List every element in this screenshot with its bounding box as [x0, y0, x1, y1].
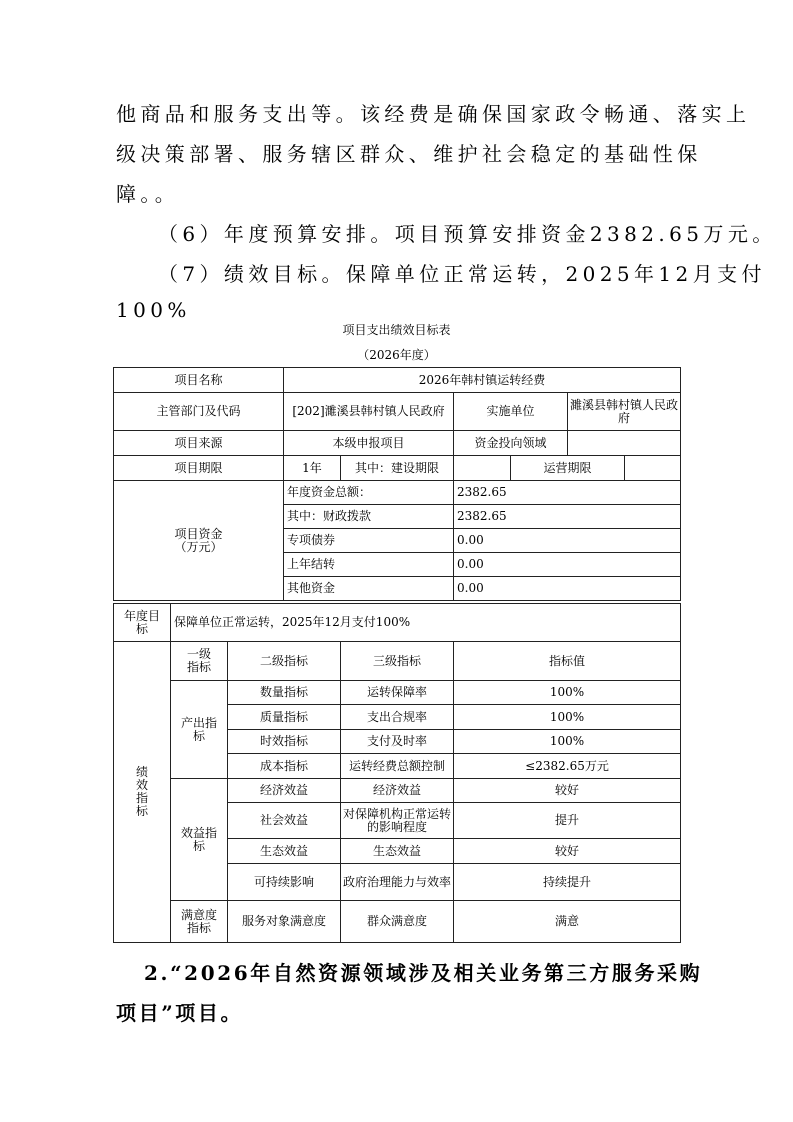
project-info-table: 项目名称 2026年韩村镇运转经费 主管部门及代码 [202]濉溪县韩村镇人民政… [113, 367, 681, 601]
build-label: 其中：建设期限 [341, 456, 454, 481]
value-cell: ≤2382.65万元 [454, 754, 681, 779]
funds-row-value: 0.00 [454, 553, 681, 577]
value-cell: 100% [454, 681, 681, 705]
annual-goal-label: 年度目标 [114, 604, 171, 642]
impl-value: 濉溪县韩村镇人民政府 [568, 393, 681, 431]
level2-cell: 社会效益 [228, 803, 341, 839]
value-cell: 持续提升 [454, 864, 681, 901]
header-level1: 一级指标 [171, 642, 228, 681]
period-label: 项目期限 [114, 456, 284, 481]
body-text-line: 级决策部署、服务辖区群众、维护社会稳定的基础性保 [116, 138, 682, 167]
level3-cell: 运转保障率 [341, 681, 454, 705]
level3-cell: 运转经费总额控制 [341, 754, 454, 779]
funds-row-label: 年度资金总额： [284, 481, 454, 505]
project-name-value: 2026年韩村镇运转经费 [284, 368, 681, 393]
budget-paragraph: （6）年度预算安排。项目预算安排资金2382.65万元。 [158, 218, 724, 247]
level2-cell: 服务对象满意度 [228, 901, 341, 943]
direction-value [568, 431, 681, 456]
period-value: 1年 [284, 456, 341, 481]
level2-cell: 可持续影响 [228, 864, 341, 901]
value-cell: 满意 [454, 901, 681, 943]
value-cell: 较好 [454, 839, 681, 864]
table-title: 项目支出绩效目标表 [0, 321, 793, 338]
build-value [454, 456, 511, 481]
header-value: 指标值 [454, 642, 681, 681]
ops-label: 运营期限 [511, 456, 625, 481]
level2-cell: 时效指标 [228, 730, 341, 754]
annual-goal-value: 保障单位正常运转，2025年12月支付100% [171, 604, 681, 642]
level3-cell: 经济效益 [341, 779, 454, 803]
level2-cell: 经济效益 [228, 779, 341, 803]
section-heading-cont: 项目”项目。 [116, 997, 682, 1026]
value-cell: 100% [454, 705, 681, 730]
source-value: 本级申报项目 [284, 431, 454, 456]
header-level3: 三级指标 [341, 642, 454, 681]
level3-cell: 生态效益 [341, 839, 454, 864]
funds-row-label: 其中：财政拨款 [284, 505, 454, 529]
level3-cell: 支付及时率 [341, 730, 454, 754]
value-cell: 提升 [454, 803, 681, 839]
source-label: 项目来源 [114, 431, 284, 456]
dept-label: 主管部门及代码 [114, 393, 284, 431]
goal-paragraph: （7）绩效目标。保障单位正常运转，2025年12月支付 [158, 258, 724, 287]
benefit-indicator-label: 效益指标 [171, 779, 228, 901]
output-indicator-label: 产出指标 [171, 681, 228, 779]
level2-cell: 质量指标 [228, 705, 341, 730]
indicator-group-label: 绩效指标 [114, 642, 171, 943]
section-heading: 2.“2026年自然资源领域涉及相关业务第三方服务采购 [144, 957, 710, 986]
level3-cell: 群众满意度 [341, 901, 454, 943]
body-text-line: 障。。 [116, 178, 682, 207]
impl-label: 实施单位 [454, 393, 568, 431]
project-name-label: 项目名称 [114, 368, 284, 393]
dept-value: [202]濉溪县韩村镇人民政府 [284, 393, 454, 431]
level3-cell: 对保障机构正常运转的影响程度 [341, 803, 454, 839]
level3-cell: 支出合规率 [341, 705, 454, 730]
funds-row-label: 其他资金 [284, 577, 454, 601]
value-cell: 较好 [454, 779, 681, 803]
table-year: （2026年度） [0, 346, 793, 363]
goal-paragraph-cont: 100% [116, 298, 682, 322]
value-cell: 100% [454, 730, 681, 754]
funds-row-value: 2382.65 [454, 481, 681, 505]
level2-cell: 数量指标 [228, 681, 341, 705]
body-text-line: 他商品和服务支出等。该经费是确保国家政令畅通、落实上 [116, 98, 682, 127]
funds-row-value: 0.00 [454, 577, 681, 601]
direction-label: 资金投向领域 [454, 431, 568, 456]
ops-value [625, 456, 681, 481]
header-level2: 二级指标 [228, 642, 341, 681]
level3-cell: 政府治理能力与效率 [341, 864, 454, 901]
level2-cell: 成本指标 [228, 754, 341, 779]
indicator-table: 年度目标 保障单位正常运转，2025年12月支付100% 绩效指标 一级指标 二… [113, 603, 681, 943]
satisfaction-indicator-label: 满意度指标 [171, 901, 228, 943]
funds-row-value: 2382.65 [454, 505, 681, 529]
funds-row-value: 0.00 [454, 529, 681, 553]
level2-cell: 生态效益 [228, 839, 341, 864]
funds-row-label: 专项债券 [284, 529, 454, 553]
funds-row-label: 上年结转 [284, 553, 454, 577]
funds-label: 项目资金 （万元） [114, 481, 284, 601]
